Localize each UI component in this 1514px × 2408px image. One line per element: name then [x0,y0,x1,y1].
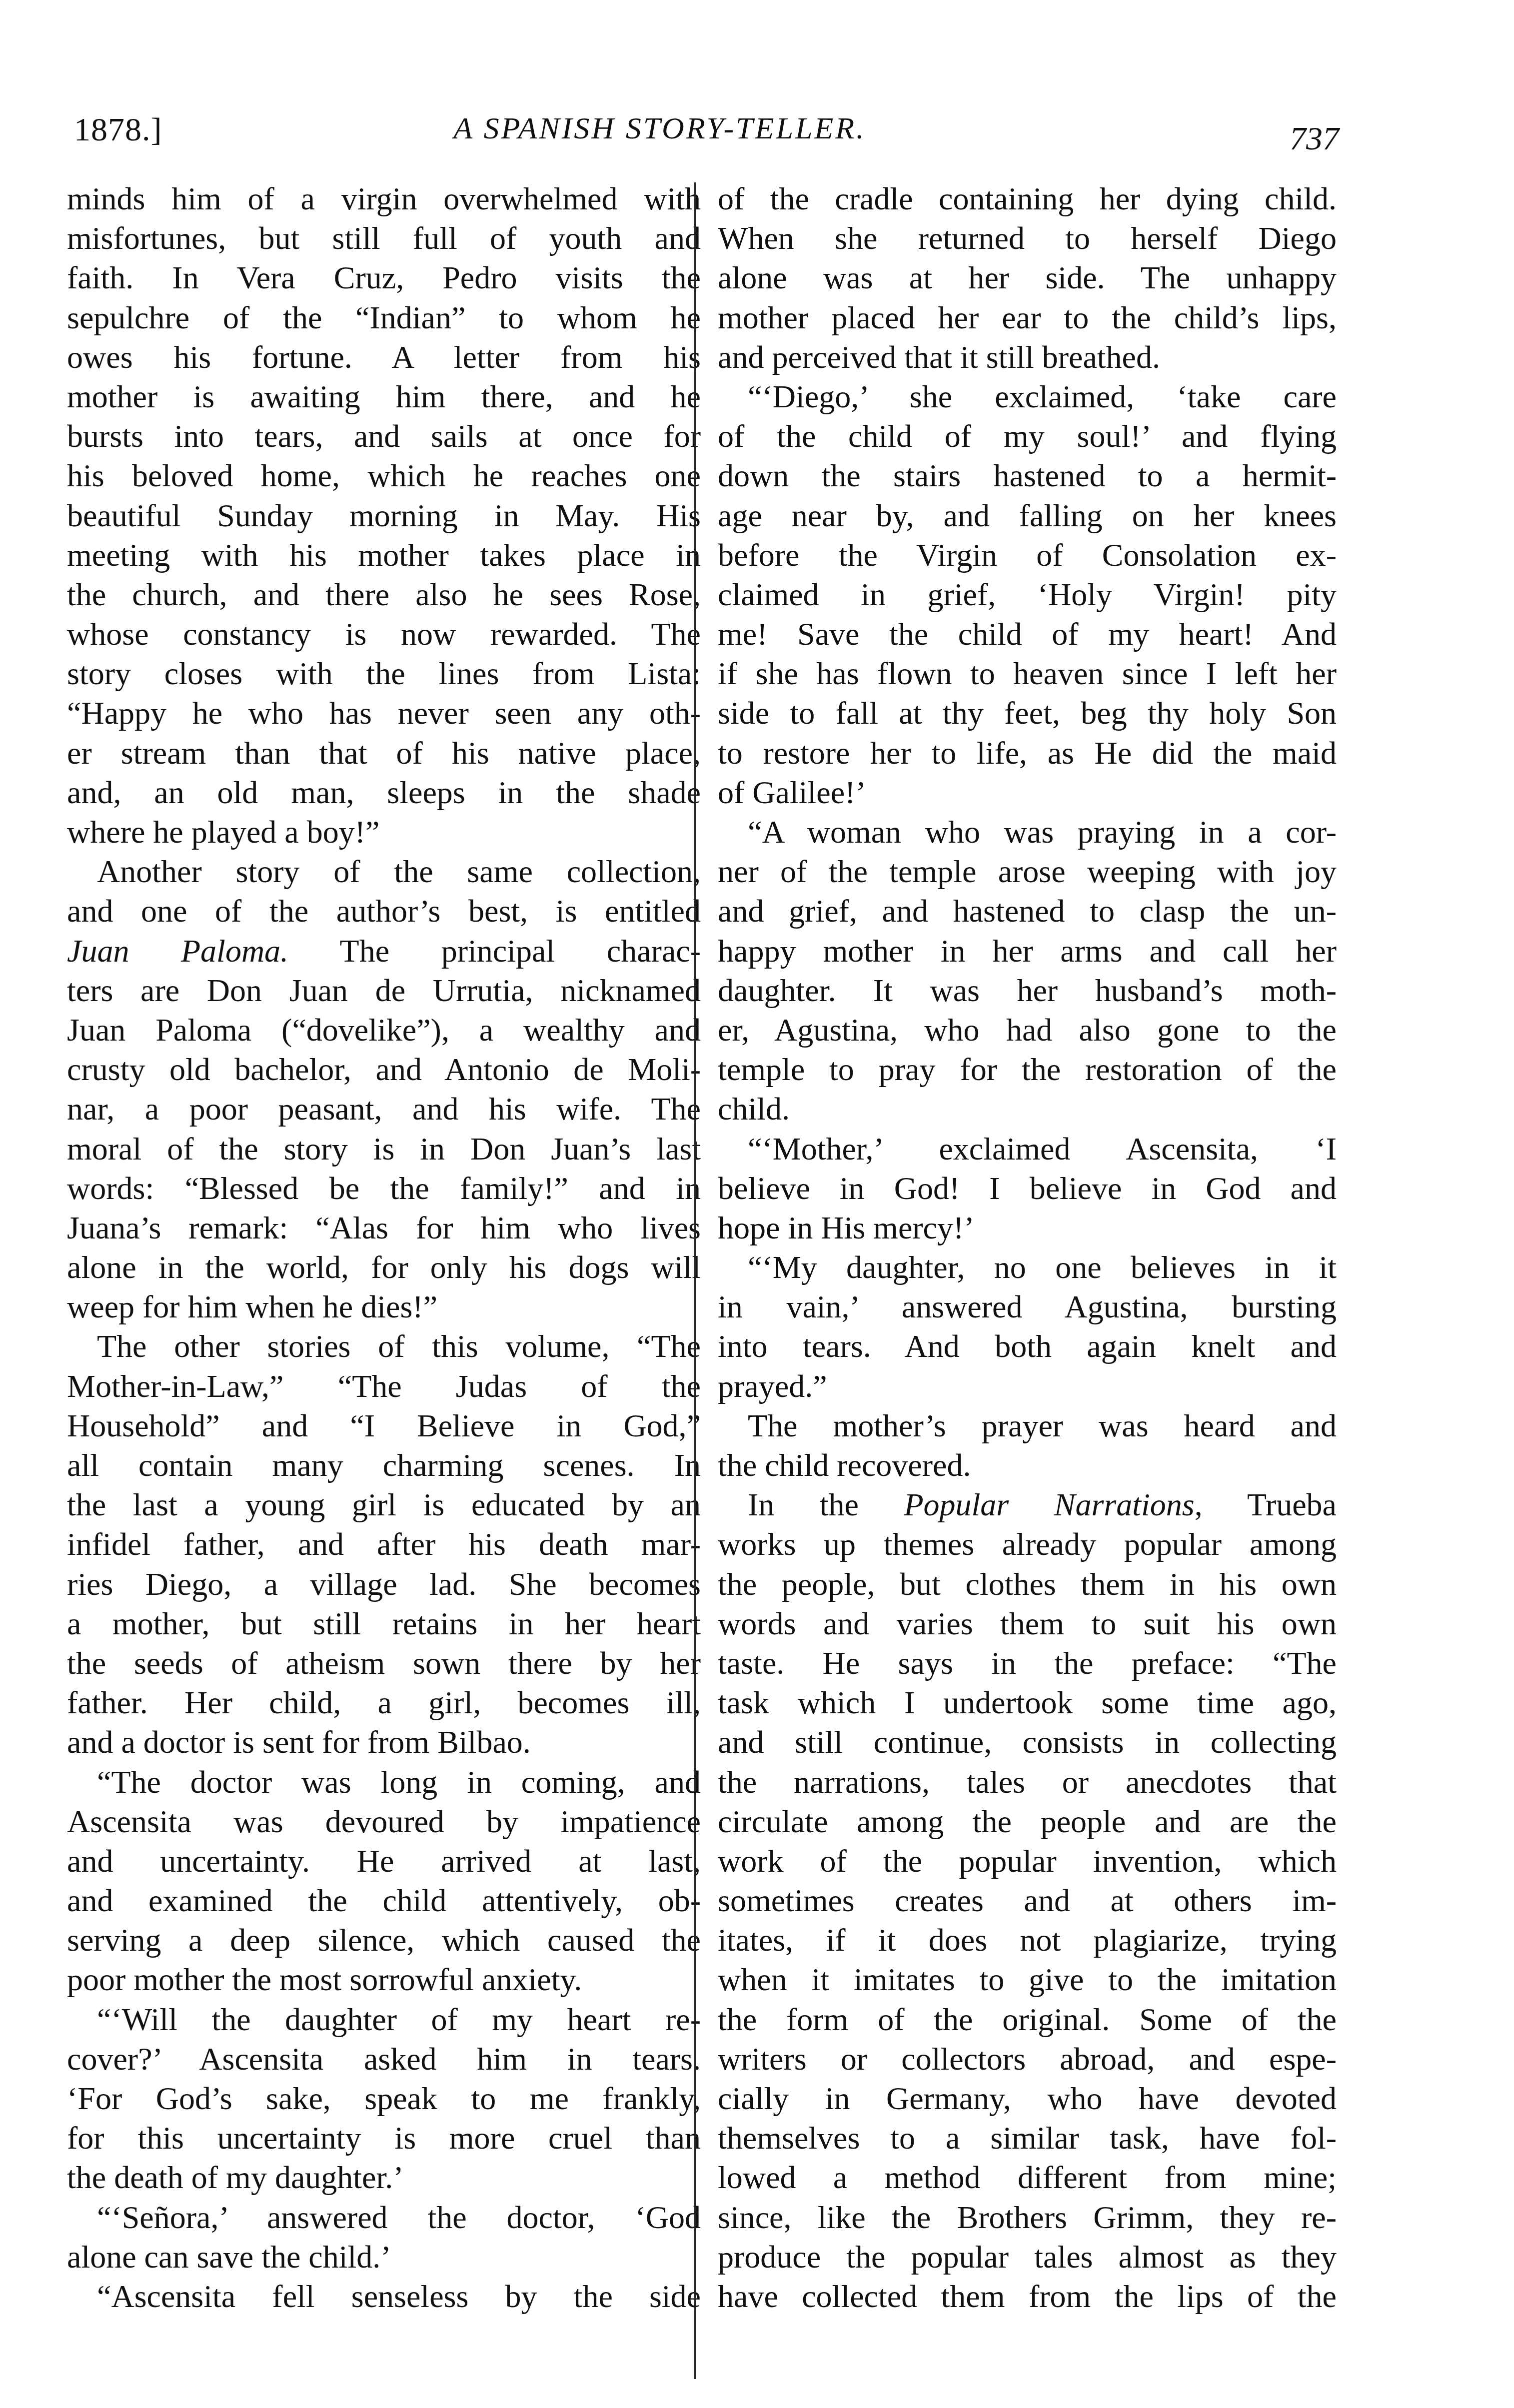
text-content: the child recovered. [718,1447,971,1483]
text-line: Juana’s remark: “Alas for him who lives [67,1208,701,1247]
text-content: “Ascensita fell senseless by the side [97,2279,701,2314]
text-line: mother placed her ear to the child’s lip… [718,298,1337,337]
text-content: me! Save the child of my heart! And [718,616,1337,652]
text-line: hope in His mercy!’ [718,1208,1337,1247]
text-content: and perceived that it still breathed. [718,339,1160,375]
left-column: minds him of a virgin overwhelmed withmi… [67,179,701,2316]
text-line: works up themes already popular among [718,1524,1337,1564]
text-content: “Happy he who has never seen any oth- [67,695,701,731]
text-content: The principal charac- [288,933,701,969]
text-line: of the child of my soul!’ and flying [718,416,1337,456]
running-head-year: 1878.] [74,111,162,149]
text-content: and, an old man, sleeps in the shade [67,775,701,810]
text-content: mother placed her ear to the child’s lip… [718,300,1337,335]
text-line: into tears. And both again knelt and [718,1326,1337,1366]
text-content: mother is awaiting him there, and he [67,379,701,414]
text-line: minds him of a virgin overwhelmed with [67,179,701,218]
text-line: The mother’s prayer was heard and [718,1406,1337,1445]
text-line: lowed a method different from mine; [718,2158,1337,2197]
right-column: of the cradle containing her dying child… [718,179,1337,2316]
text-line: Juan Paloma. The principal charac- [67,931,701,971]
text-content: the seeds of atheism sown there by her [67,1645,701,1681]
text-line: prayed.” [718,1366,1337,1406]
text-line: the church, and there also he sees Rose, [67,575,701,614]
text-content: child. [718,1091,790,1127]
text-line: circulate among the people and are the [718,1802,1337,1841]
text-line: words: “Blessed be the family!” and in [67,1169,701,1208]
text-content: , Trueba [1195,1487,1337,1522]
text-content: down the stairs hastened to a hermit- [718,458,1337,493]
text-content: the narrations, tales or anecdotes that [718,1764,1337,1800]
text-line: child. [718,1089,1337,1129]
text-line: themselves to a similar task, have fol- [718,2118,1337,2158]
text-line: owes his fortune. A letter from his [67,337,701,377]
text-content: the last a young girl is educated by an [67,1487,701,1522]
text-content: crusty old bachelor, and Antonio de Moli… [67,1052,701,1087]
text-line: all contain many charming scenes. In [67,1445,701,1485]
text-line: the people, but clothes them in his own [718,1564,1337,1604]
text-content: story closes with the lines from Lista: [67,656,701,691]
text-line: itates, if it does not plagiarize, tryin… [718,1920,1337,1960]
text-content: all contain many charming scenes. In [67,1447,701,1483]
text-content: ries Diego, a village lad. She becomes [67,1566,701,1602]
text-content: Mother-in-Law,” “The Judas of the [67,1368,701,1404]
text-content: beautiful Sunday morning in May. His [67,498,701,533]
text-line: taste. He says in the preface: “The [718,1643,1337,1683]
text-content: bursts into tears, and sails at once for [67,418,701,454]
text-lead: In the [748,1487,904,1522]
text-line: ters are Don Juan de Urrutia, nicknamed [67,971,701,1010]
text-line: meeting with his mother takes place in [67,535,701,575]
text-content: ters are Don Juan de Urrutia, nicknamed [67,973,701,1008]
text-line: ‘For God’s sake, speak to me frankly, [67,2079,701,2118]
text-line: weep for him when he dies!” [67,1287,701,1326]
italic-title: Popular Narrations [904,1487,1194,1522]
text-content: The mother’s prayer was heard and [748,1408,1337,1443]
text-content: “‘My daughter, no one believes in it [748,1249,1337,1285]
text-content: themselves to a similar task, have fol- [718,2120,1337,2156]
text-content: and grief, and hastened to clasp the un- [718,893,1337,929]
text-line: “Happy he who has never seen any oth- [67,693,701,733]
text-line: sepulchre of the “Indian” to whom he [67,298,701,337]
text-content: and uncertainty. He arrived at last, [67,1843,701,1879]
text-line: down the stairs hastened to a hermit- [718,456,1337,495]
text-content: Ascensita was devoured by impatience [67,1804,701,1839]
text-content: words and varies them to suit his own [718,1606,1337,1641]
text-line: Another story of the same collection, [67,852,701,891]
text-content: Juan Paloma (“dovelike”), a wealthy and [67,1012,701,1048]
text-line: poor mother the most sorrowful anxiety. [67,1960,701,1999]
text-content: words: “Blessed be the family!” and in [67,1171,701,1206]
text-line: misfortunes, but still full of youth and [67,218,701,258]
text-content: produce the popular tales almost as they [718,2239,1337,2275]
text-line: crusty old bachelor, and Antonio de Moli… [67,1050,701,1089]
text-content: father. Her child, a girl, becomes ill, [67,1685,701,1720]
text-content: daughter. It was her husband’s moth- [718,973,1337,1008]
text-content: taste. He says in the preface: “The [718,1645,1337,1681]
text-line: and a doctor is sent for from Bilbao. [67,1722,701,1762]
text-line: “‘Mother,’ exclaimed Ascensita, ‘I [718,1129,1337,1169]
text-line: When she returned to herself Diego [718,218,1337,258]
text-content: “‘Diego,’ she exclaimed, ‘take care [748,379,1337,414]
text-content: owes his fortune. A letter from his [67,339,701,375]
text-line: since, like the Brothers Grimm, they re- [718,2198,1337,2237]
text-content: of Galilee!’ [718,775,866,810]
text-line: work of the popular invention, which [718,1841,1337,1881]
text-line: produce the popular tales almost as they [718,2237,1337,2277]
text-content: when it imitates to give to the imitatio… [718,1962,1337,1997]
text-line: “‘Diego,’ she exclaimed, ‘take care [718,377,1337,416]
text-line: the death of my daughter.’ [67,2158,701,2197]
text-line: the seeds of atheism sown there by her [67,1643,701,1683]
text-line: side to fall at thy feet, beg thy holy S… [718,693,1337,733]
text-content: er stream than that of his native place, [67,735,701,771]
text-line: Juan Paloma (“dovelike”), a wealthy and [67,1010,701,1050]
text-content: ‘For God’s sake, speak to me frankly, [67,2081,701,2116]
text-line: infidel father, and after his death mar- [67,1524,701,1564]
text-line: task which I undertook some time ago, [718,1683,1337,1722]
text-content: meeting with his mother takes place in [67,537,701,573]
text-content: cially in Germany, who have devoted [718,2081,1337,2116]
text-line: beautiful Sunday morning in May. His [67,496,701,535]
text-line: daughter. It was her husband’s moth- [718,971,1337,1010]
text-content: and still continue, consists in collecti… [718,1724,1337,1760]
text-line: and one of the author’s best, is entitle… [67,891,701,931]
text-content: into tears. And both again knelt and [718,1328,1337,1364]
text-content: happy mother in her arms and call her [718,933,1337,969]
text-content: age near by, and falling on her knees [718,498,1337,533]
text-line: cover?’ Ascensita asked him in tears. [67,2039,701,2079]
text-line: the last a young girl is educated by an [67,1485,701,1524]
text-line: ries Diego, a village lad. She becomes [67,1564,701,1604]
text-line: the form of the original. Some of the [718,2000,1337,2039]
text-line: alone in the world, for only his dogs wi… [67,1247,701,1287]
text-content: sepulchre of the “Indian” to whom he [67,300,701,335]
text-content: of the cradle containing her dying child… [718,181,1337,216]
text-line: and perceived that it still breathed. [718,337,1337,377]
text-content: believe in God! I believe in God and [718,1171,1337,1206]
text-line: if she has flown to heaven since I left … [718,654,1337,693]
text-content: hope in His mercy!’ [718,1210,975,1245]
text-content: serving a deep silence, which caused the [67,1922,701,1958]
text-content: alone was at her side. The unhappy [718,260,1337,295]
text-line: mother is awaiting him there, and he [67,377,701,416]
text-content: the people, but clothes them in his own [718,1566,1337,1602]
text-line: me! Save the child of my heart! And [718,614,1337,654]
text-content: ner of the temple arose weeping with joy [718,854,1337,889]
text-content: alone in the world, for only his dogs wi… [67,1249,701,1285]
text-line: “‘My daughter, no one believes in it [718,1247,1337,1287]
text-content: weep for him when he dies!” [67,1289,437,1324]
running-head-title: A SPANISH STORY-TELLER. [410,111,910,146]
text-content: nar, a poor peasant, and his wife. The [67,1091,701,1127]
text-line: serving a deep silence, which caused the [67,1920,701,1960]
text-line: before the Virgin of Consolation ex- [718,535,1337,575]
text-line: faith. In Vera Cruz, Pedro visits the [67,258,701,297]
text-line: alone was at her side. The unhappy [718,258,1337,297]
text-line: and uncertainty. He arrived at last, [67,1841,701,1881]
text-line: where he played a boy!” [67,812,701,852]
text-content: Household” and “I Believe in God,” [67,1408,701,1443]
text-content: side to fall at thy feet, beg thy holy S… [718,695,1337,731]
text-line: age near by, and falling on her knees [718,496,1337,535]
text-line: temple to pray for the restoration of th… [718,1050,1337,1089]
text-content: “A woman who was praying in a cor- [748,814,1337,850]
text-line: and still continue, consists in collecti… [718,1722,1337,1762]
text-line: bursts into tears, and sails at once for [67,416,701,456]
text-line: believe in God! I believe in God and [718,1169,1337,1208]
text-content: prayed.” [718,1368,827,1404]
text-content: moral of the story is in Don Juan’s last [67,1131,701,1167]
text-content: his beloved home, which he reaches one [67,458,701,493]
text-line: ner of the temple arose weeping with joy [718,852,1337,891]
text-content: claimed in grief, ‘Holy Virgin! pity [718,577,1337,612]
text-line: the child recovered. [718,1445,1337,1485]
text-line: “‘Will the daughter of my heart re- [67,2000,701,2039]
text-line: and, an old man, sleeps in the shade [67,773,701,812]
text-line: Mother-in-Law,” “The Judas of the [67,1366,701,1406]
text-content: alone can save the child.’ [67,2239,391,2275]
text-line: writers or collectors abroad, and espe- [718,2039,1337,2079]
text-line: happy mother in her arms and call her [718,931,1337,971]
text-line: his beloved home, which he reaches one [67,456,701,495]
text-line: er, Agustina, who had also gone to the [718,1010,1337,1050]
text-line: of the cradle containing her dying child… [718,179,1337,218]
text-content: lowed a method different from mine; [718,2160,1337,2195]
text-content: since, like the Brothers Grimm, they re- [718,2200,1337,2235]
text-content: the death of my daughter.’ [67,2160,404,2195]
text-content: “‘Will the daughter of my heart re- [97,2002,701,2037]
text-content: infidel father, and after his death mar- [67,1526,701,1562]
text-content: work of the popular invention, which [718,1843,1337,1879]
text-line: Household” and “I Believe in God,” [67,1406,701,1445]
text-content: and one of the author’s best, is entitle… [67,893,701,929]
text-line: alone can save the child.’ [67,2237,701,2277]
text-content: the form of the original. Some of the [718,2002,1337,2037]
text-content: to restore her to life, as He did the ma… [718,735,1337,771]
column-divider [694,182,696,2379]
text-content: The other stories of this volume, “The [97,1328,701,1364]
text-content: in vain,’ answered Agustina, bursting [718,1289,1337,1324]
text-content: have collected them from the lips of the [718,2279,1337,2314]
text-content: misfortunes, but still full of youth and [67,220,701,256]
text-content: if she has flown to heaven since I left … [718,656,1337,691]
text-content: works up themes already popular among [718,1526,1337,1562]
text-line: “The doctor was long in coming, and [67,1762,701,1802]
text-content: circulate among the people and are the [718,1804,1337,1839]
text-content: before the Virgin of Consolation ex- [718,537,1337,573]
running-head: 1878.] A SPANISH STORY-TELLER. 737 [0,100,1514,160]
text-line: The other stories of this volume, “The [67,1326,701,1366]
page-number: 737 [1290,120,1339,158]
italic-title: Juan Paloma. [67,933,288,969]
text-content: for this uncertainty is more cruel than [67,2120,701,2156]
text-content: task which I undertook some time ago, [718,1685,1337,1720]
text-line: claimed in grief, ‘Holy Virgin! pity [718,575,1337,614]
text-line: in vain,’ answered Agustina, bursting [718,1287,1337,1326]
text-content: faith. In Vera Cruz, Pedro visits the [67,260,701,295]
text-line: cially in Germany, who have devoted [718,2079,1337,2118]
text-line: whose constancy is now rewarded. The [67,614,701,654]
text-line: have collected them from the lips of the [718,2277,1337,2316]
text-content: minds him of a virgin overwhelmed with [67,181,701,216]
text-line: words and varies them to suit his own [718,1604,1337,1643]
text-content: a mother, but still retains in her heart [67,1606,701,1641]
text-line: father. Her child, a girl, becomes ill, [67,1683,701,1722]
text-content: sometimes creates and at others im- [718,1883,1337,1918]
text-content: writers or collectors abroad, and espe- [718,2041,1337,2077]
text-content: “‘Mother,’ exclaimed Ascensita, ‘I [748,1131,1337,1167]
text-line: “A woman who was praying in a cor- [718,812,1337,852]
text-content: where he played a boy!” [67,814,379,850]
text-content: “‘Señora,’ answered the doctor, ‘God [97,2200,701,2235]
text-line: In the Popular Narrations, Trueba [718,1485,1337,1524]
text-content: the church, and there also he sees Rose, [67,577,701,612]
text-content: and a doctor is sent for from Bilbao. [67,1724,531,1760]
text-content: “The doctor was long in coming, and [97,1764,701,1800]
text-line: when it imitates to give to the imitatio… [718,1960,1337,1999]
text-line: er stream than that of his native place, [67,733,701,773]
text-line: of Galilee!’ [718,773,1337,812]
text-content: itates, if it does not plagiarize, tryin… [718,1922,1337,1958]
text-content: er, Agustina, who had also gone to the [718,1012,1337,1048]
text-line: “Ascensita fell senseless by the side [67,2277,701,2316]
text-line: story closes with the lines from Lista: [67,654,701,693]
text-line: moral of the story is in Don Juan’s last [67,1129,701,1169]
text-line: to restore her to life, as He did the ma… [718,733,1337,773]
text-line: sometimes creates and at others im- [718,1881,1337,1920]
text-line: and grief, and hastened to clasp the un- [718,891,1337,931]
text-content: whose constancy is now rewarded. The [67,616,701,652]
text-line: “‘Señora,’ answered the doctor, ‘God [67,2198,701,2237]
text-content: When she returned to herself Diego [718,220,1337,256]
text-content: poor mother the most sorrowful anxiety. [67,1962,582,1997]
text-content: Juana’s remark: “Alas for him who lives [67,1210,701,1245]
text-content: and examined the child attentively, ob- [67,1883,701,1918]
text-content: Another story of the same collection, [97,854,701,889]
text-line: the narrations, tales or anecdotes that [718,1762,1337,1802]
text-line: and examined the child attentively, ob- [67,1881,701,1920]
text-content: temple to pray for the restoration of th… [718,1052,1337,1087]
text-content: cover?’ Ascensita asked him in tears. [67,2041,701,2077]
text-line: for this uncertainty is more cruel than [67,2118,701,2158]
text-content: of the child of my soul!’ and flying [718,418,1337,454]
text-line: Ascensita was devoured by impatience [67,1802,701,1841]
text-line: a mother, but still retains in her heart [67,1604,701,1643]
text-line: nar, a poor peasant, and his wife. The [67,1089,701,1129]
